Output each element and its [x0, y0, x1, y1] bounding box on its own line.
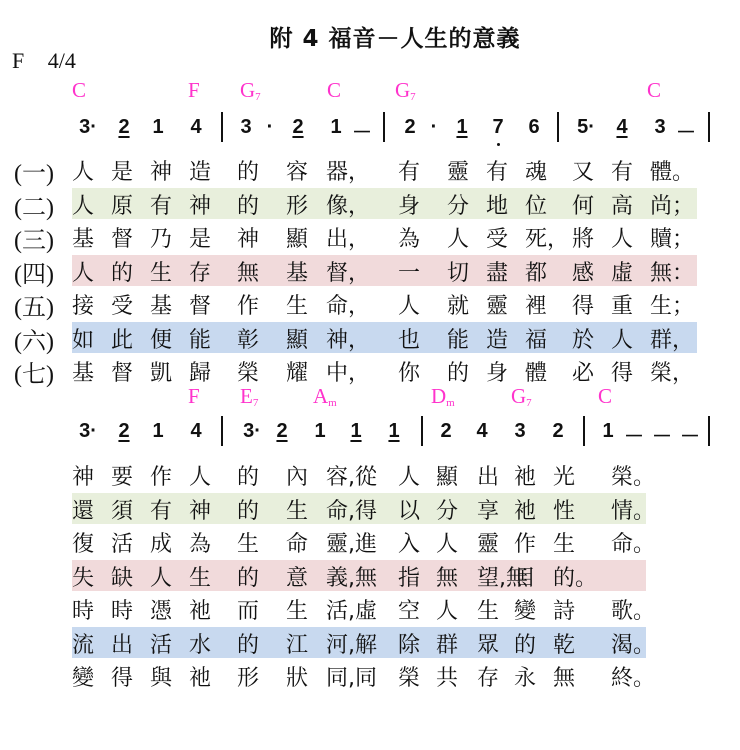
lyric-syllable: 中，: [326, 356, 370, 387]
key-signature: F 4/4: [12, 48, 94, 74]
chord-symbol: C: [647, 78, 661, 103]
lyric-syllable: 人: [611, 323, 633, 354]
lyric-syllable: 命。: [611, 527, 655, 558]
lyric-syllable: 性: [553, 494, 575, 525]
lyric-syllable: 人: [398, 289, 420, 320]
note: ·: [424, 116, 444, 139]
lyric-syllable: 祂: [189, 661, 211, 692]
lyric-syllable: 顯: [286, 323, 308, 354]
chord-symbol: Dm: [431, 384, 455, 409]
lyric-syllable: 人: [189, 460, 211, 491]
lyric-syllable: 永: [514, 661, 536, 692]
lyric-syllable: 的: [237, 189, 259, 220]
lyric-syllable: 作: [237, 289, 259, 320]
lyric-syllable: 將: [572, 222, 594, 253]
chord-quality: m: [328, 397, 337, 409]
lyric-syllable: 人: [436, 527, 458, 558]
lyric-syllable: 就: [447, 289, 469, 320]
lyric-syllable: 身: [398, 189, 420, 220]
verse-line: 如此便能彰顯神，也能造福於人群，: [0, 323, 740, 353]
lyric-syllable: 原: [111, 189, 133, 220]
lyric-syllable: 顯: [286, 222, 308, 253]
chord-quality: 7: [255, 91, 261, 103]
note: 4: [186, 420, 206, 443]
lyric-syllable: 如: [72, 323, 94, 354]
bar-line: [583, 416, 585, 446]
lyric-syllable: 的: [237, 460, 259, 491]
lyric-syllable: 的: [237, 494, 259, 525]
lyric-syllable: 生: [286, 289, 308, 320]
verse-line: 基督凱歸榮耀中，你的身體必得榮，: [0, 356, 740, 386]
lyric-syllable: 人: [447, 222, 469, 253]
lyric-syllable: 存: [477, 661, 499, 692]
note: 3: [650, 116, 670, 139]
lyric-syllable: 共: [436, 661, 458, 692]
lyric-syllable: 失: [72, 561, 94, 592]
lyric-syllable: 神: [237, 222, 259, 253]
note: 1: [346, 420, 366, 443]
lyric-syllable: 情。: [611, 494, 655, 525]
lyric-syllable: 魂: [525, 155, 547, 186]
lyric-syllable: 命,得: [326, 494, 377, 525]
bar-line: [708, 416, 710, 446]
hymn-title: 附 4 福音－人生的意義: [0, 20, 740, 53]
lyric-syllable: 體。: [650, 155, 694, 186]
lyric-syllable: 能: [447, 323, 469, 354]
lyric-syllable: 出，: [326, 222, 370, 253]
lyric-syllable: 有: [150, 494, 172, 525]
note: 4: [472, 420, 492, 443]
lyric-syllable: 位: [525, 189, 547, 220]
lyric-syllable: 造: [486, 323, 508, 354]
lyric-syllable: 成: [150, 527, 172, 558]
lyric-syllable: 乃: [150, 222, 172, 253]
note: 3·: [78, 116, 98, 139]
lyric-syllable: 變: [72, 661, 94, 692]
chord-symbol: C: [598, 384, 612, 409]
lyric-syllable: 形: [237, 661, 259, 692]
lyric-syllable: 裡: [525, 289, 547, 320]
lyric-syllable: 光: [553, 460, 575, 491]
lyric-syllable: 河,解: [326, 628, 377, 659]
note: 2: [272, 420, 292, 443]
note: 2: [436, 420, 456, 443]
refrain-line: 失缺人生的意義,無指無望,無目的。: [0, 561, 740, 591]
lyric-syllable: 的: [237, 628, 259, 659]
lyric-syllable: 生: [237, 527, 259, 558]
bar-line: [708, 112, 710, 142]
lyric-syllable: 督: [111, 356, 133, 387]
lyric-syllable: 感: [572, 256, 594, 287]
note: 3: [236, 116, 256, 139]
lyric-syllable: 命，: [326, 289, 370, 320]
lyric-syllable: 出: [111, 628, 133, 659]
chord-quality: 7: [253, 397, 259, 409]
chord-quality: m: [446, 397, 455, 409]
lyric-syllable: 同,同: [326, 661, 377, 692]
note: 2: [114, 116, 134, 139]
lyric-syllable: 內: [286, 460, 308, 491]
lyric-syllable: 基: [72, 356, 94, 387]
lyric-syllable: 神: [189, 494, 211, 525]
lyric-syllable: 也: [398, 323, 420, 354]
note: 2: [114, 420, 134, 443]
chord-symbol: E7: [240, 384, 258, 409]
lyric-syllable: 無: [553, 661, 575, 692]
lyric-syllable: 人: [436, 594, 458, 625]
bar-line: [421, 416, 423, 446]
lyric-syllable: 的: [237, 155, 259, 186]
note: 4: [612, 116, 632, 139]
note: －: [680, 420, 700, 449]
lyric-syllable: 得: [111, 661, 133, 692]
lyric-syllable: 地: [486, 189, 508, 220]
lyric-syllable: 流: [72, 628, 94, 659]
lyric-syllable: 形: [286, 189, 308, 220]
note: 3·: [242, 420, 262, 443]
lyric-syllable: 尚；: [650, 189, 694, 220]
lyric-syllable: 的: [237, 561, 259, 592]
lyric-syllable: 高: [611, 189, 633, 220]
lyric-syllable: 無: [237, 256, 259, 287]
lyric-syllable: 群: [436, 628, 458, 659]
lyric-syllable: 重: [611, 289, 633, 320]
lyric-syllable: 能: [189, 323, 211, 354]
lyric-syllable: 出: [477, 460, 499, 491]
note: 2: [288, 116, 308, 139]
lyric-syllable: 活: [111, 527, 133, 558]
lyric-syllable: 神: [150, 155, 172, 186]
lyric-syllable: 靈: [477, 527, 499, 558]
lyric-syllable: 時: [111, 594, 133, 625]
note: －: [624, 420, 644, 449]
bar-line: [221, 112, 223, 142]
lyric-syllable: 享: [477, 494, 499, 525]
lyric-syllable: 的: [447, 356, 469, 387]
lyric-syllable: 缺: [111, 561, 133, 592]
time-signature: 4/4: [48, 48, 76, 73]
lyric-syllable: 死，: [525, 222, 569, 253]
lyric-syllable: 有: [398, 155, 420, 186]
lyric-syllable: 虛: [611, 256, 633, 287]
lyric-syllable: 接: [72, 289, 94, 320]
lyric-syllable: 又: [572, 155, 594, 186]
lyric-syllable: 都: [525, 256, 547, 287]
lyric-syllable: 你: [398, 356, 420, 387]
chord-symbol: F: [188, 384, 200, 409]
lyric-syllable: 福: [525, 323, 547, 354]
lyric-syllable: 督: [111, 222, 133, 253]
lyric-syllable: 除: [398, 628, 420, 659]
lyric-syllable: 還: [72, 494, 94, 525]
lyric-syllable: 是: [189, 222, 211, 253]
lyric-syllable: 群，: [650, 323, 694, 354]
lyric-syllable: 人: [150, 561, 172, 592]
chord-symbol: C: [72, 78, 86, 103]
chord-symbol: C: [327, 78, 341, 103]
verse-line: 人是神造的容器，有靈有魂又有體。: [0, 155, 740, 185]
lyric-syllable: 生: [150, 256, 172, 287]
lyric-syllable: 祂: [514, 460, 536, 491]
lyric-syllable: 存: [189, 256, 211, 287]
refrain-line: 神要作人的內容,從人顯出祂光榮。: [0, 460, 740, 490]
note: 1: [148, 116, 168, 139]
lyric-syllable: 何: [572, 189, 594, 220]
chord-quality: 7: [526, 397, 532, 409]
lyric-syllable: 得: [572, 289, 594, 320]
lyric-syllable: 贖；: [650, 222, 694, 253]
lyric-syllable: 榮: [237, 356, 259, 387]
lyric-syllable: 歸: [189, 356, 211, 387]
lyric-syllable: 有: [150, 189, 172, 220]
lyric-syllable: 像，: [326, 189, 370, 220]
lyric-syllable: 變: [514, 594, 536, 625]
lyric-syllable: 器，: [326, 155, 370, 186]
note: 4: [186, 116, 206, 139]
lyric-syllable: 而: [237, 594, 259, 625]
note: 2: [548, 420, 568, 443]
lyric-syllable: 作: [514, 527, 536, 558]
lyric-syllable: 靈: [486, 289, 508, 320]
refrain-line: 變得與祂形狀同,同榮共存永無終。: [0, 661, 740, 691]
note: 1: [384, 420, 404, 443]
lyric-syllable: 入: [398, 527, 420, 558]
note: 1: [310, 420, 330, 443]
note: 3: [510, 420, 530, 443]
lyric-syllable: 指: [398, 561, 420, 592]
lyric-syllable: 目: [514, 561, 536, 592]
chord-symbol: F: [188, 78, 200, 103]
lyric-syllable: 靈,進: [326, 527, 377, 558]
lyric-syllable: 義,無: [326, 561, 377, 592]
lyric-syllable: 便: [150, 323, 172, 354]
note: 5·: [576, 116, 596, 139]
lyric-syllable: 水: [189, 628, 211, 659]
lyric-syllable: 意: [286, 561, 308, 592]
lyric-syllable: 得: [611, 356, 633, 387]
lyric-syllable: 受: [486, 222, 508, 253]
lyric-syllable: 身: [486, 356, 508, 387]
lyric-syllable: 一: [398, 256, 420, 287]
lyric-syllable: 容: [286, 155, 308, 186]
lyric-syllable: 為: [398, 222, 420, 253]
lyric-syllable: 活: [150, 628, 172, 659]
note: 7: [488, 116, 508, 139]
refrain-line: 復活成為生命靈,進入人靈作生命。: [0, 527, 740, 557]
lyric-syllable: 乾: [553, 628, 575, 659]
refrain-line: 還須有神的生命,得以分享祂性情。: [0, 494, 740, 524]
chord-symbol: G7: [395, 78, 416, 103]
lyric-syllable: 基: [150, 289, 172, 320]
lyric-syllable: 體: [525, 356, 547, 387]
lyric-syllable: 的: [111, 256, 133, 287]
note: －: [652, 420, 672, 449]
lyric-syllable: 榮。: [611, 460, 655, 491]
lyric-syllable: 無：: [650, 256, 694, 287]
lyric-syllable: 的。: [553, 561, 597, 592]
lyric-syllable: 狀: [286, 661, 308, 692]
lyric-syllable: 與: [150, 661, 172, 692]
lyric-syllable: 切: [447, 256, 469, 287]
verse-line: 基督乃是神顯出，為人受死，將人贖；: [0, 222, 740, 252]
lyric-syllable: 以: [398, 494, 420, 525]
lyric-syllable: 容,從: [326, 460, 377, 491]
lyric-syllable: 時: [72, 594, 94, 625]
lyric-syllable: 須: [111, 494, 133, 525]
note: －: [352, 116, 372, 145]
lyric-syllable: 顯: [436, 460, 458, 491]
lyric-syllable: 是: [111, 155, 133, 186]
refrain-line: 時時憑祂而生活,虛空人生變詩歌。: [0, 594, 740, 624]
lyric-syllable: 彰: [237, 323, 259, 354]
lyric-syllable: 榮，: [650, 356, 694, 387]
lyric-syllable: 受: [111, 289, 133, 320]
lyric-syllable: 為: [189, 527, 211, 558]
note: 1: [452, 116, 472, 139]
lyric-syllable: 人: [72, 155, 94, 186]
lyric-syllable: 督，: [326, 256, 370, 287]
lyric-syllable: 有: [611, 155, 633, 186]
lyric-syllable: 有: [486, 155, 508, 186]
note: 1: [148, 420, 168, 443]
lyric-syllable: 生: [553, 527, 575, 558]
lyric-syllable: 生: [477, 594, 499, 625]
refrain-line: 流出活水的江河,解除群眾的乾渴。: [0, 628, 740, 658]
lyric-syllable: 基: [286, 256, 308, 287]
key: F: [12, 48, 24, 73]
lyric-syllable: 人: [72, 256, 94, 287]
verse-line: 接受基督作生命，人就靈裡得重生；: [0, 289, 740, 319]
lyric-syllable: 靈: [447, 155, 469, 186]
verse-line: 人的生存無基督，一切盡都感虛無：: [0, 256, 740, 286]
chord-symbol: G7: [240, 78, 261, 103]
lyric-syllable: 生；: [650, 289, 694, 320]
lyric-syllable: 神，: [326, 323, 370, 354]
bar-line: [221, 416, 223, 446]
lyric-syllable: 歌。: [611, 594, 655, 625]
lyric-syllable: 眾: [477, 628, 499, 659]
lyric-syllable: 督: [189, 289, 211, 320]
note: ·: [260, 116, 280, 139]
lyric-syllable: 的: [514, 628, 536, 659]
note: －: [676, 116, 696, 145]
lyric-syllable: 生: [286, 494, 308, 525]
lyric-syllable: 江: [286, 628, 308, 659]
note: 1: [326, 116, 346, 139]
lyric-syllable: 人: [398, 460, 420, 491]
lyric-syllable: 造: [189, 155, 211, 186]
lyric-syllable: 此: [111, 323, 133, 354]
bar-line: [383, 112, 385, 142]
lyric-syllable: 人: [72, 189, 94, 220]
lyric-syllable: 榮: [398, 661, 420, 692]
lyric-syllable: 基: [72, 222, 94, 253]
lyric-syllable: 無: [436, 561, 458, 592]
lyric-syllable: 分: [447, 189, 469, 220]
verse-line: 人原有神的形像，身分地位何高尚；: [0, 189, 740, 219]
lyric-syllable: 於: [572, 323, 594, 354]
chord-quality: 7: [410, 91, 416, 103]
chord-symbol: G7: [511, 384, 532, 409]
chord-symbol: Am: [313, 384, 337, 409]
lyric-syllable: 必: [572, 356, 594, 387]
lyric-syllable: 憑: [150, 594, 172, 625]
note: 3·: [78, 420, 98, 443]
lyric-syllable: 復: [72, 527, 94, 558]
lyric-syllable: 祂: [189, 594, 211, 625]
lyric-syllable: 耀: [286, 356, 308, 387]
lyric-syllable: 要: [111, 460, 133, 491]
lyric-syllable: 分: [436, 494, 458, 525]
lyric-syllable: 神: [72, 460, 94, 491]
lyric-syllable: 命: [286, 527, 308, 558]
lyric-syllable: 詩: [553, 594, 575, 625]
bar-line: [557, 112, 559, 142]
lyric-syllable: 空: [398, 594, 420, 625]
lyric-syllable: 終。: [611, 661, 655, 692]
lyric-syllable: 作: [150, 460, 172, 491]
lyric-syllable: 活,虛: [326, 594, 377, 625]
lyric-syllable: 祂: [514, 494, 536, 525]
lyric-syllable: 渴。: [611, 628, 655, 659]
lyric-syllable: 人: [611, 222, 633, 253]
lyric-syllable: 盡: [486, 256, 508, 287]
note: 2: [400, 116, 420, 139]
lyric-syllable: 生: [189, 561, 211, 592]
lyric-syllable: 生: [286, 594, 308, 625]
note: 1: [598, 420, 618, 443]
note: 6: [524, 116, 544, 139]
lyric-syllable: 凱: [150, 356, 172, 387]
lyric-syllable: 神: [189, 189, 211, 220]
